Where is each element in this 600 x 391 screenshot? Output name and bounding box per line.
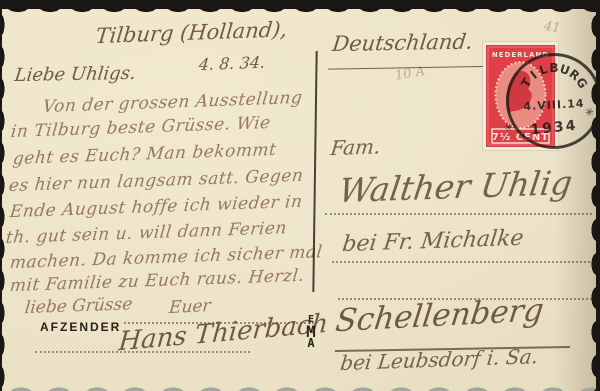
message-line: geht es Euch? Man bekommt (12, 140, 278, 169)
place-line: Tilburg (Holland), (94, 17, 288, 48)
message-line: Ende August hoffe ich wieder in (9, 192, 304, 222)
date-line: 4. 8. 34. (198, 53, 266, 74)
deckled-edge-right (587, 9, 596, 391)
addressee-name: Walther Uhlig (336, 163, 574, 210)
message-line: in Tilburg beste Grüsse. Wie (10, 113, 272, 142)
postcard-back: Tilburg (Holland), 4. 8. 34. Liebe Uhlig… (2, 9, 596, 391)
address-dotted-line (332, 261, 594, 263)
address-dotted-line (325, 213, 592, 215)
message-line: th. gut sein u. will dann Ferien (5, 218, 288, 248)
salutation: Liebe Uhligs. (13, 63, 137, 86)
deckled-edge-bottom (2, 381, 596, 391)
deckled-edge-left (2, 9, 8, 391)
monogram-letter: A (297, 338, 325, 348)
message-line: es hier nun langsam satt. Gegen (8, 166, 305, 196)
country-line: Deutschland. (331, 30, 474, 57)
deckled-edge-top (2, 8, 596, 17)
postmark: TILBURG 4.VIII.14 1934 (506, 53, 600, 149)
closing-line: liebe Grüsse (24, 294, 133, 318)
addressee-prefix: Fam. (329, 134, 381, 160)
address-line-2: bei Fr. Michalke (341, 226, 525, 257)
postmark-date: 4.VIII.14 (523, 97, 585, 113)
pencil-note-corner: 41 (543, 19, 561, 36)
publisher-monogram: E M A (297, 316, 325, 348)
postcard-photo: Tilburg (Holland), 4. 8. 34. Liebe Uhlig… (0, 0, 600, 391)
closing-signoff: Euer (168, 296, 211, 318)
afzender-label: AFZENDER (40, 320, 121, 334)
